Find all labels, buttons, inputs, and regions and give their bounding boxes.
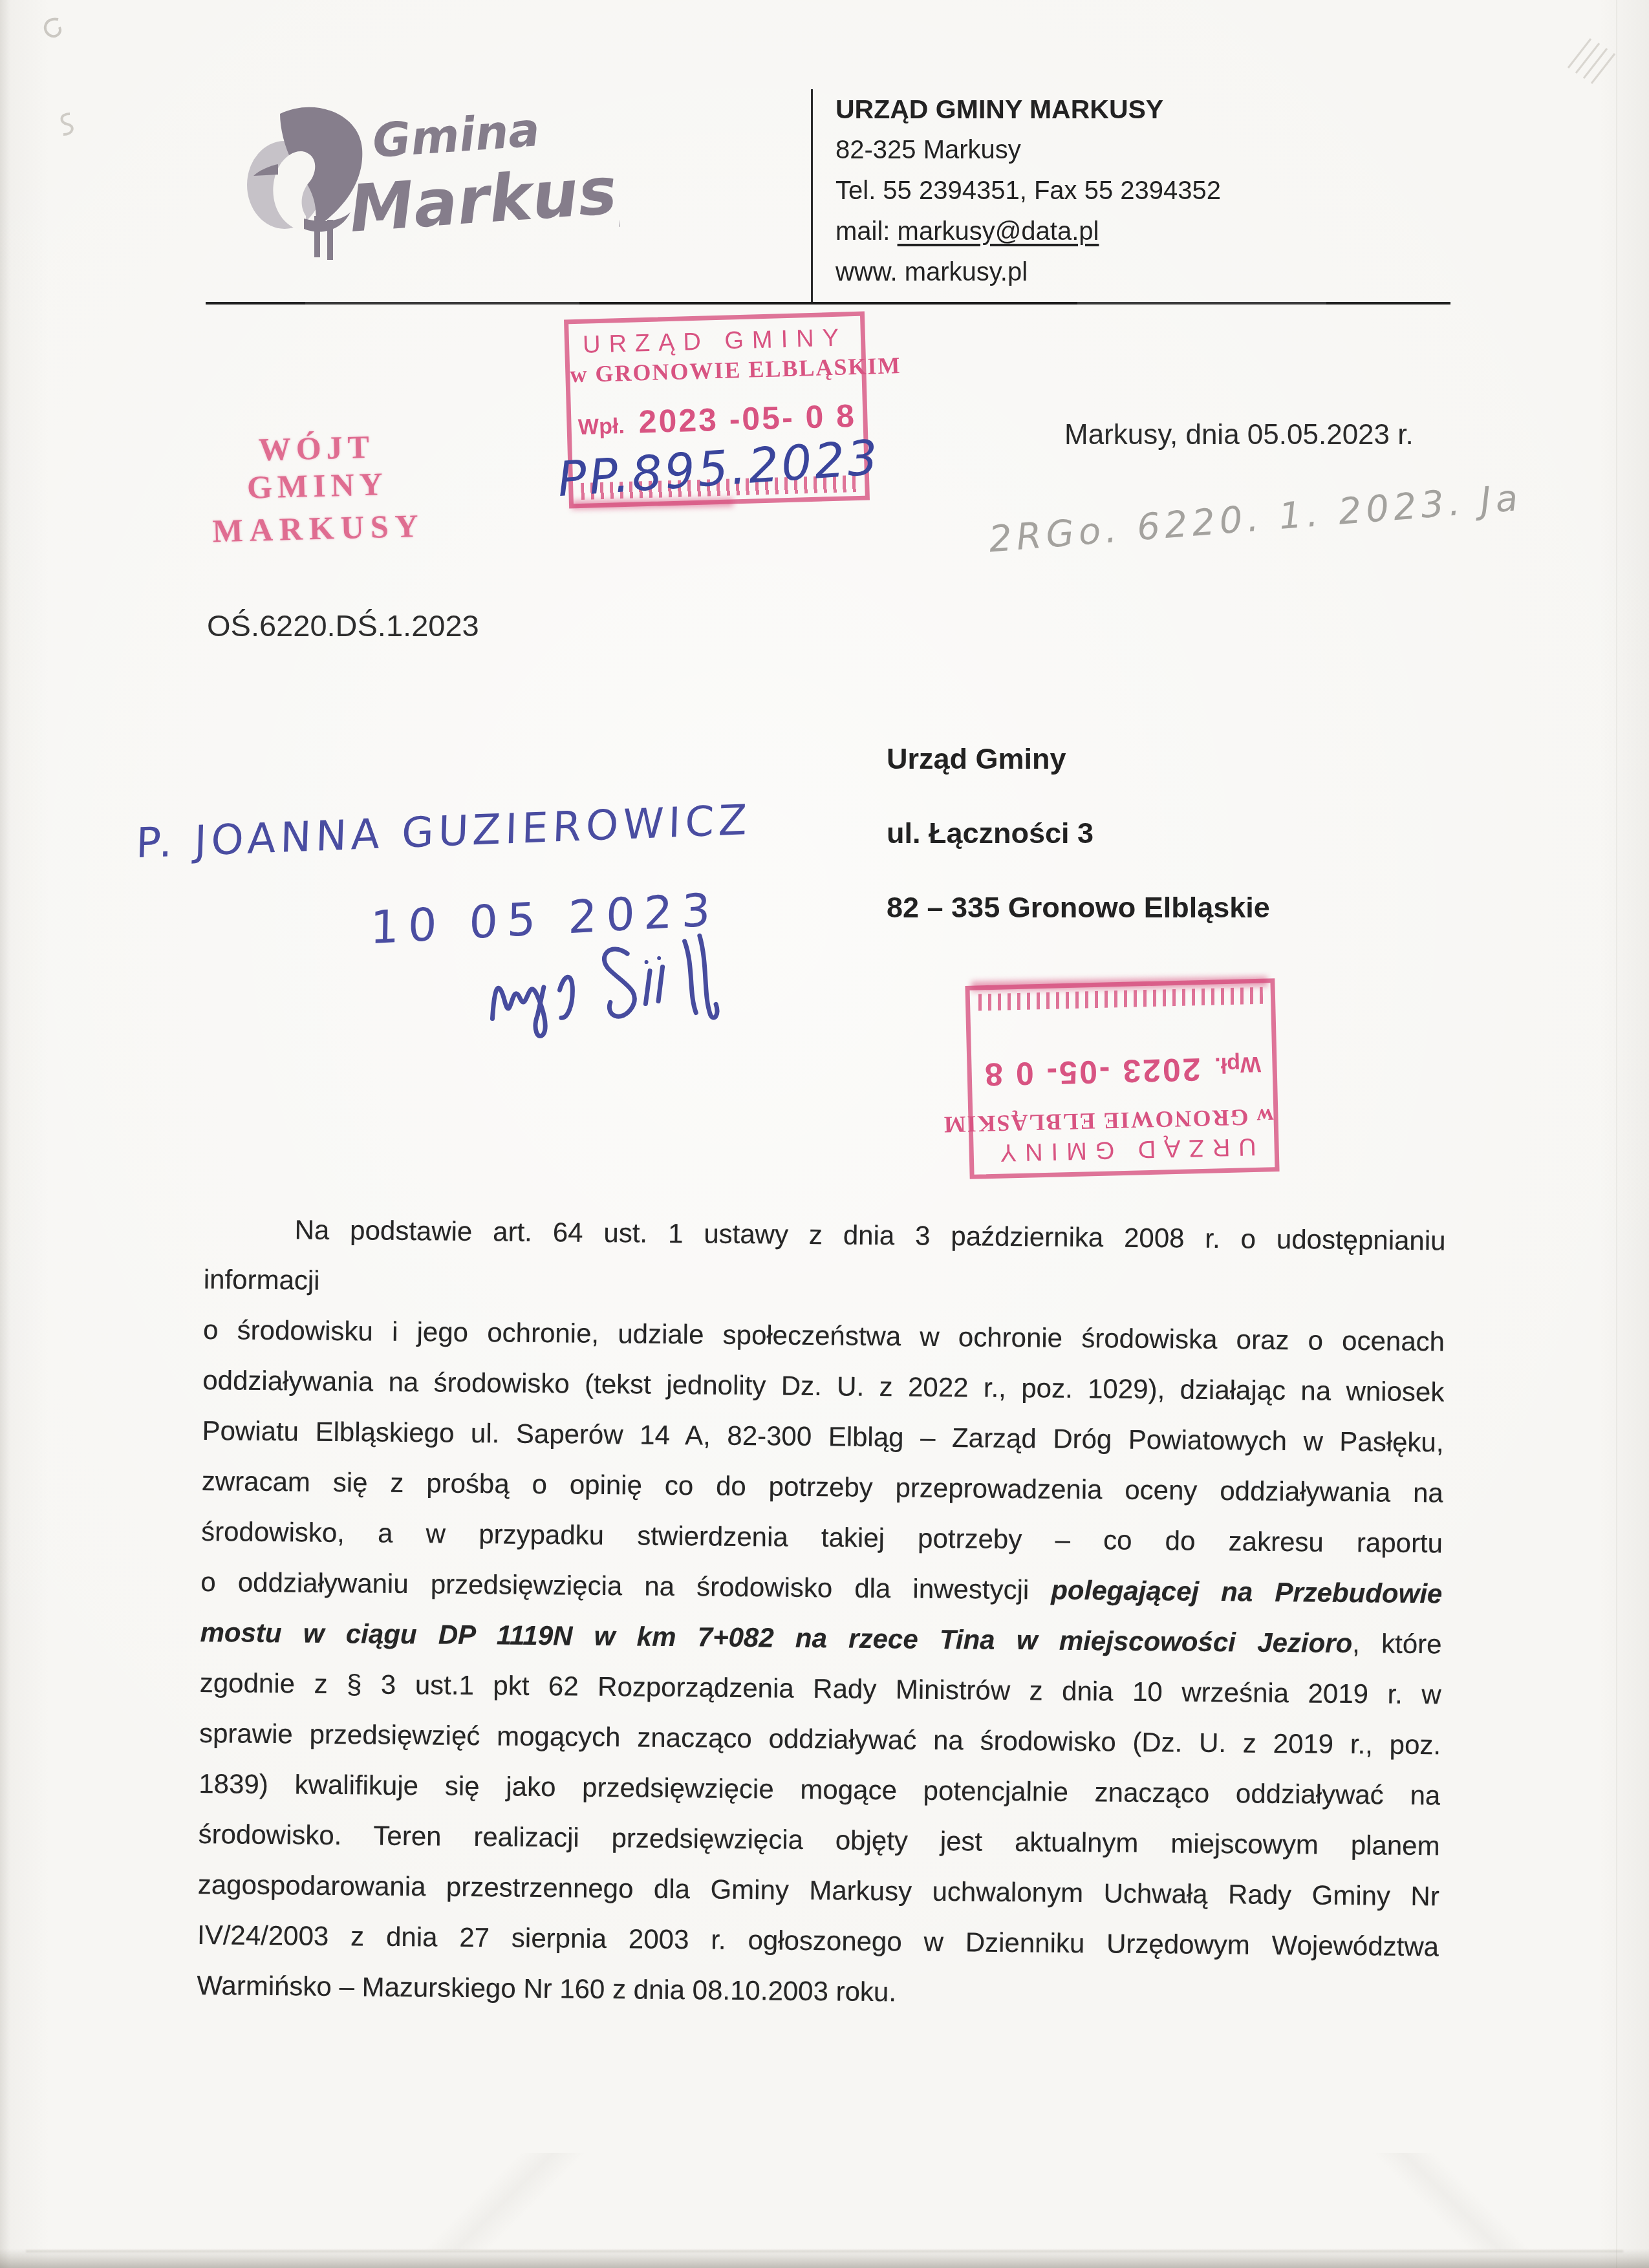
header-postal: 82-325 Markusy: [835, 130, 1221, 171]
scan-bottom-edge-shadow: [0, 2249, 1649, 2268]
letter-date-line: Markusy, dnia 05.05.2023 r.: [1064, 419, 1414, 451]
stamp-received-label: Wpł.: [578, 414, 625, 440]
header-mail-line: mail: markusy@data.pl: [835, 211, 1221, 252]
stamp-received-date: 2023 -05- 0 8: [982, 1051, 1201, 1093]
paper-fold-line: [1616, 0, 1617, 2268]
header-org-name: URZĄD GMINY MARKUSY: [835, 89, 1221, 130]
header-phone: Tel. 55 2394351, Fax 55 2394352: [835, 171, 1221, 211]
margin-mark: [47, 105, 85, 144]
gmina-markusy-logo: Gmina Markusy: [244, 102, 620, 264]
mayor-stamp-line1: WÓJT GMINY: [184, 426, 451, 508]
header-horizontal-rule: [206, 302, 1450, 305]
header-contact-block: URZĄD GMINY MARKUSY 82-325 Markusy Tel. …: [835, 89, 1221, 293]
recipient-line2: ul. Łączności 3: [887, 817, 1270, 850]
header-mail-label: mail:: [835, 217, 898, 246]
pencil-annotation: 2RGo. 6220. 1. 2023. Ja: [987, 477, 1524, 561]
incoming-office-stamp-upside-down: URZĄD GMINY w GRONOWIE ELBLĄSKIM Wpł. 20…: [965, 978, 1279, 1179]
paper-crease: [1345, 2153, 1558, 2250]
stork-icon: [247, 107, 362, 260]
corner-pencil-scribble: [1562, 29, 1633, 94]
stamp-office-name: URZĄD GMINY: [973, 1131, 1275, 1166]
logo-text-gmina: Gmina: [371, 102, 541, 168]
stamp-serration: [978, 987, 1264, 1011]
header-www: www. markusy.pl: [835, 252, 1221, 293]
recipient-address-block: Urząd Gminy ul. Łączności 3 82 – 335 Gro…: [887, 742, 1270, 965]
scan-left-edge-shadow: [0, 0, 10, 2268]
paper-bottom-crease: [26, 2250, 1623, 2252]
header-mail-address: markusy@data.pl: [898, 217, 1099, 246]
stamp-date-row: Wpł. 2023 -05- 0 8: [971, 1049, 1273, 1093]
header-vertical-divider: [811, 89, 813, 304]
paper-crease: [388, 2153, 621, 2250]
handwritten-recipient-name: P. JOANNA GUZIEROWICZ: [135, 797, 752, 868]
recipient-line1: Urząd Gminy: [887, 742, 1270, 776]
margin-mark: [34, 12, 72, 50]
mayor-stamp-line2: MARKUSY: [186, 506, 451, 551]
reference-number: OŚ.6220.DŚ.1.2023: [207, 608, 479, 643]
stamp-received-label: Wpł.: [1214, 1051, 1262, 1078]
recipient-line3: 82 – 335 Gronowo Elbląskie: [887, 891, 1270, 925]
mayor-stamp: WÓJT GMINY MARKUSY: [184, 426, 452, 551]
scanned-letter-page: Gmina Markusy URZĄD GMINY MARKUSY 82-325…: [0, 0, 1649, 2268]
letter-body: Na podstawie art. 64 ust. 1 ustawy z dni…: [197, 1204, 1446, 2022]
